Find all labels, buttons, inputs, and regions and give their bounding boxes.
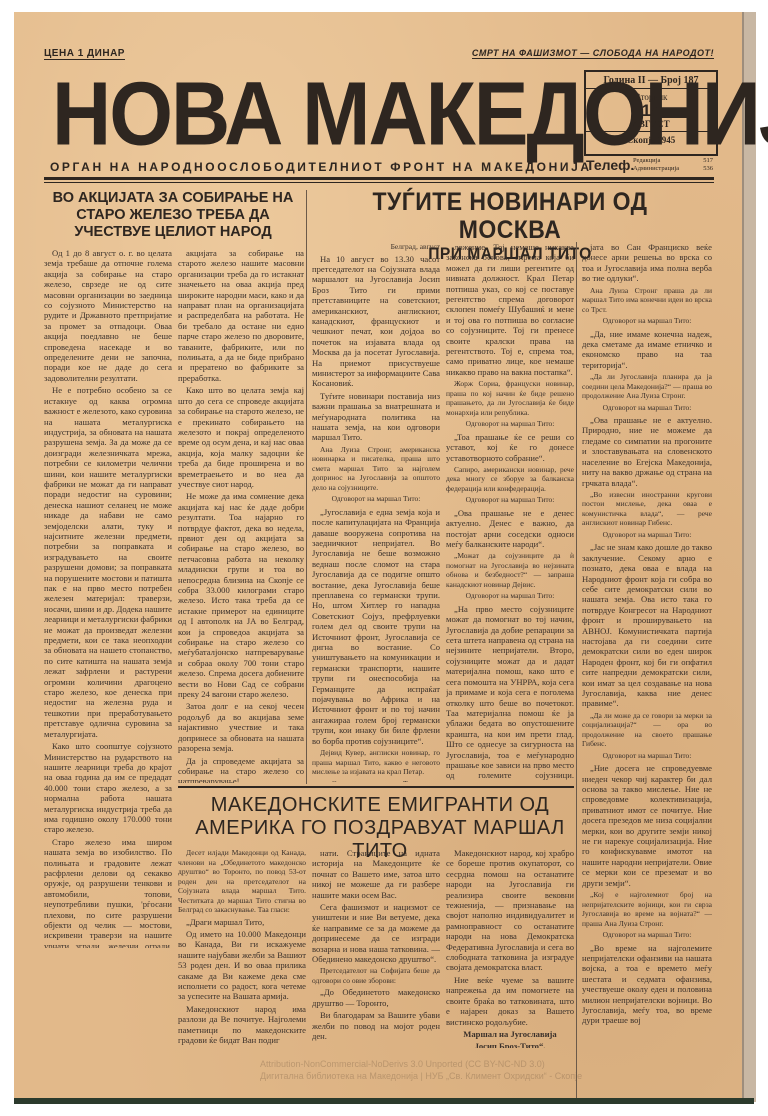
paragraph: „Кој е најголемиот број на непријателски… [582,890,712,928]
tito-column-1: Белград, август На 10 август во 13.30 ча… [312,242,440,782]
paragraph: Не е потребно особено за се истакнуе од … [44,385,172,739]
iron-column-2: акцијата за собирање на старото железо н… [178,248,304,783]
paragraph: „До Обединетото македонско друштво — Тор… [312,987,440,1008]
phone-numbers: Редакција517 Администрација536 [633,157,713,173]
paragraph: Одговорот на маршал Тито: [582,930,712,940]
price-label: ЦЕНА 1 ДИНАР [44,48,125,60]
paragraph: Претседателот на Софијата беше да одгово… [312,966,440,985]
paragraph: Одговорот на маршал Тито: [582,530,712,540]
emigrants-column-3: Македонскиот народ, кој храбро се бореше… [446,848,574,1048]
paragraph: Туѓите новинари поставија низ важни праш… [312,391,440,443]
paragraph: нати. Страниците на идната историја на М… [312,848,440,900]
paragraph: „Можат да сојузниците да ѝ помогнат на Ј… [446,551,574,589]
paragraph: Сега фашизмот и нацизмот се уништени и н… [312,902,440,964]
issue-number: Година II — Број 187 [586,72,716,89]
month: АВГУСТ [586,119,716,132]
paragraph: Од името на 10.000 Македонци во Канада, … [178,929,306,1002]
section-rule [178,786,574,788]
paragraph: Да ја спроведеме акцијата за собирање на… [178,756,304,784]
paragraph: Ана Луиза Стронг, американска новинарка … [312,445,440,493]
paragraph: Одговорот на маршал Тито: [446,495,574,505]
phone-row: Редакција517 [633,157,713,165]
paragraph: Одговорот на маршал Тито: [446,591,574,601]
day-number: 14 [586,102,716,119]
paragraph: Десет илјади Македонци од Канада, членов… [178,848,306,915]
paragraph: „Во време на најголемите непријателски о… [582,943,712,1026]
paragraph: „Јас не знам како дошле до такво заклуче… [582,542,712,709]
paragraph: „Да, ние имаме конечна надеж, дека смета… [582,329,712,371]
page-bottom-edge [14,1098,754,1104]
iron-headline: ВО АКЦИЈАТА ЗА СОБИРАЊЕ НА СТАРО ЖЕЛЕЗО … [44,190,302,241]
paragraph: Како што во целата земја кај што до сега… [178,385,304,489]
paragraph: Сапиро, американски новинар, рече дека м… [446,465,574,494]
issue-date-box: Година II — Број 187 Вторник 14 АВГУСТ С… [584,70,718,156]
paragraph: Ана Луиза Стронг праша да ли маршал Тито… [582,286,712,315]
paragraph: „Ние досега не спроведуевме ниеден чекор… [582,763,712,888]
masthead-rule-thin [44,182,714,183]
paragraph: Јосип Броз-Тито“. [446,1041,574,1048]
paragraph: Одговорот на маршал Тито: [312,494,440,504]
paragraph: Старо железо има широм нашата земја во и… [44,837,172,948]
column-divider [306,190,307,784]
paragraph: Од 1 до 8 август о. г. во целата земја т… [44,248,172,383]
paragraph: Македонскиот народ, кој храбро се бореше… [446,848,574,973]
phone-row: Администрација536 [633,165,713,173]
paragraph: Дејвид Кувер, англиски новинар, го праша… [312,748,440,777]
paragraph: ложение. Тој немаше никаква законска осн… [446,242,574,377]
paragraph: „Да ли може да се говори за мерки за соц… [582,711,712,749]
paragraph: „Ова прашање не е актуелно. Природно, ни… [582,415,712,488]
paragraph: Ние веќе чуеме за вашите напрежења да им… [446,975,574,1027]
phone-label: Телеф. [586,157,634,173]
paragraph: јата во Сан Франциско веќе донесе арни р… [582,242,712,284]
organ-subtitle: ОРГАН НА НАРОДНООСЛОБОДИТЕЛНИОТ ФРОНТ НА… [50,160,592,174]
paragraph: Ви благодарам за Вашите убави желби по п… [312,1010,440,1041]
paragraph: „Ова прашање не е денес актуелно. Денес … [446,508,574,550]
column-divider [576,242,577,1098]
paragraph: акцијата за собирање на старото железо н… [178,248,304,383]
tito-headline-main: ТУЃИТЕ НОВИНАРИ ОД МОСКВА [326,188,694,244]
license-watermark: Attribution-NonCommercial-NoDerivs 3.0 U… [260,1058,582,1082]
paragraph: Одговорот на маршал Тито: [582,316,712,326]
paragraph: Жорж Сориа, француски новинар, праша по … [446,379,574,417]
paragraph: Како што соопштуе сојузното Министерство… [44,741,172,835]
paragraph: Одговорот на маршал Тито: [582,751,712,761]
paragraph: „Југославија е една земја која и после к… [312,507,440,746]
emigrants-column-1: Десет илјади Македонци од Канада, членов… [178,848,306,1048]
paragraph: На 10 август во 13.30 часот претседатело… [312,254,440,389]
slogan: СМРТ НА ФАШИЗМОТ — СЛОБОДА НА НАРОДОТ! [472,48,714,59]
dateline: Белград, август [312,242,440,252]
paragraph: „Во извесни иностранни кругови постои ми… [582,490,712,528]
paragraph: „Тоа прашање ќе се реши со уставот, кој … [446,432,574,463]
tito-column-1-body: На 10 август во 13.30 часот претседатело… [312,254,440,783]
paragraph: Македонскиот народ има разлози да Ве поч… [178,1004,306,1046]
paragraph: Одговорот на маршал Тито: [312,779,440,782]
masthead-title: НОВА МАКЕДОНИЈА [52,64,572,165]
tito-column-2: ложение. Тој немаше никаква законска осн… [446,242,574,782]
paragraph: „На прво место сојузниците можат да помо… [446,604,574,782]
paragraph: „Да ли Југославија планира да ја соедини… [582,372,712,401]
paragraph: Одговорот на маршал Тито: [446,419,574,429]
place-year: Скопје 1945 [586,132,716,145]
paragraph: Одговорот на маршал Тито: [582,403,712,413]
page-edge [742,12,756,1102]
emigrants-column-2: нати. Страниците на идната историја на М… [312,848,440,1048]
paragraph: Маршал на Југославија [446,1029,574,1039]
tito-column-3: јата во Сан Франциско веќе донесе арни р… [582,242,712,1098]
paragraph: Не може да има сомнение дека акцијата ка… [178,491,304,699]
paragraph: „Драги маршал Тито, [178,917,306,927]
paragraph: Затоа долг е на секој чесен родољуб да в… [178,701,304,753]
iron-column-1: Од 1 до 8 август о. г. во целата земја т… [44,248,172,948]
masthead-rule [44,177,714,180]
